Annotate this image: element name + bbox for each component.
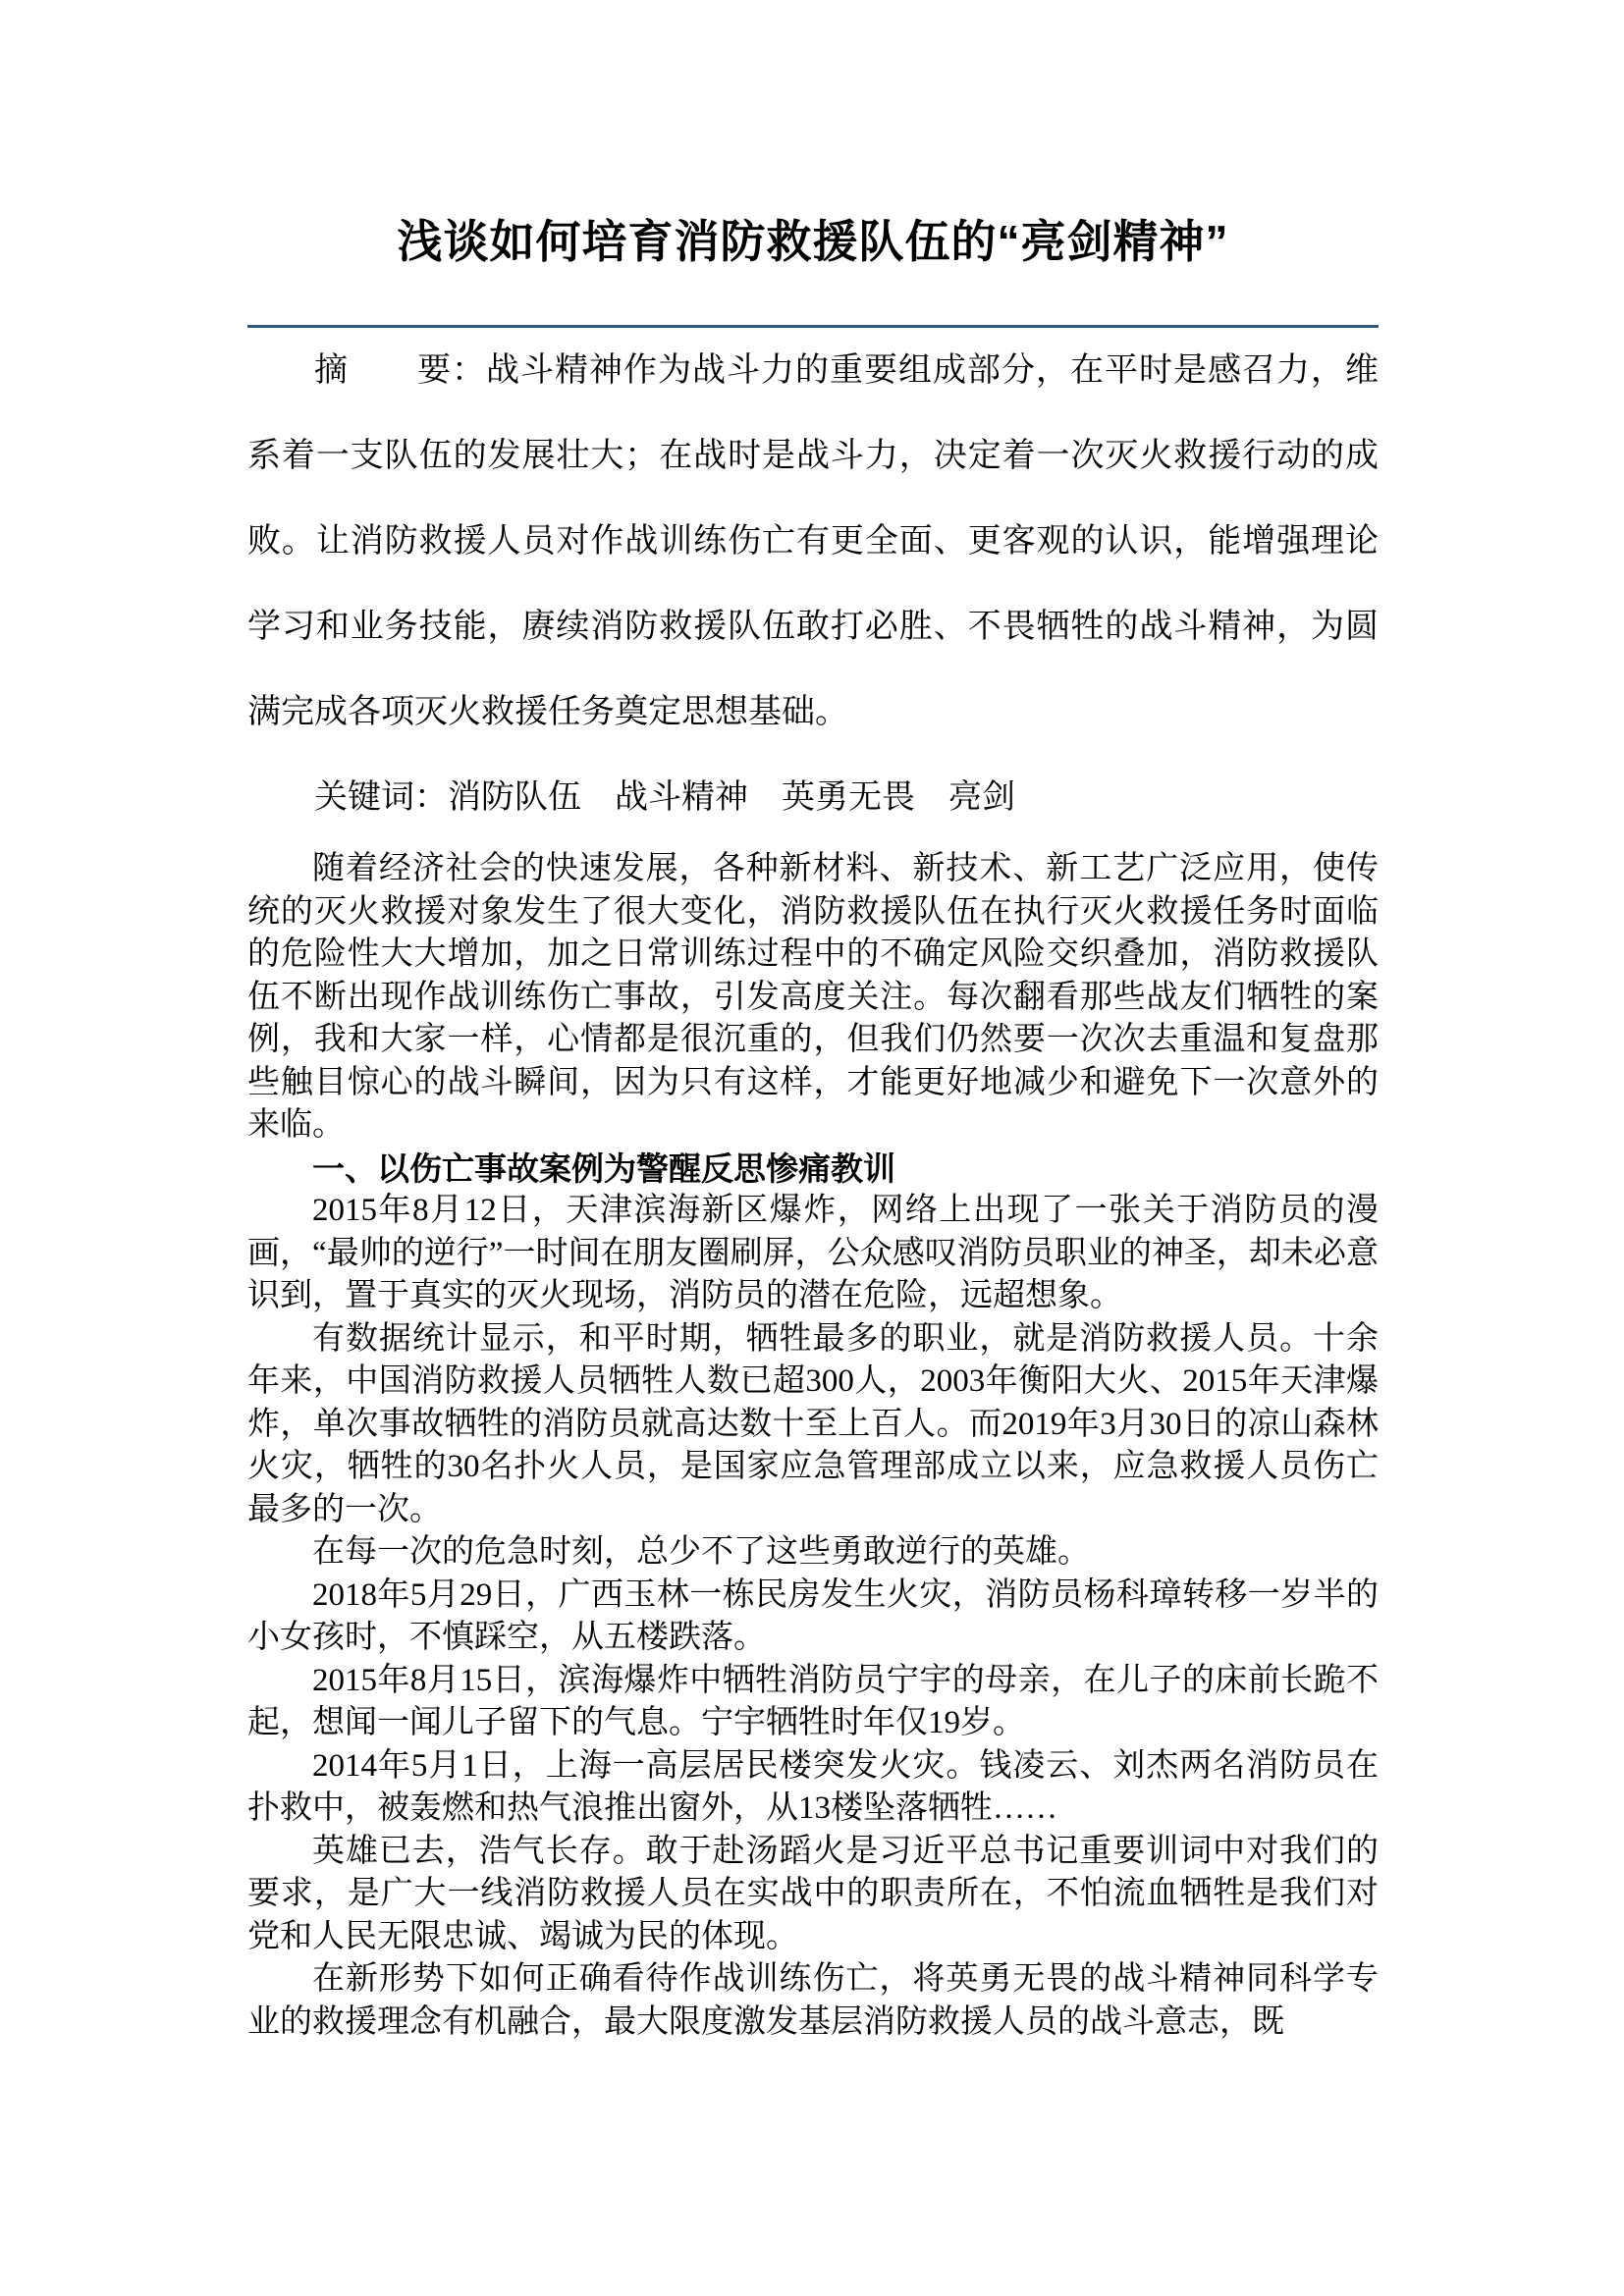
keywords-line: 关键词：消防队伍 战斗精神 英勇无畏 亮剑 [247,755,1379,840]
page-title: 浅谈如何培育消防救援队伍的“亮剑精神” [247,201,1379,282]
paragraph: 英雄已去，浩气长存。敢于赴汤蹈火是习近平总书记重要训词中对我们的要求，是广大一线… [247,1831,1379,1959]
paragraph: 在新形势下如何正确看待作战训练伤亡，将英勇无畏的战斗精神同科学专业的救援理念有机… [247,1958,1379,2044]
abstract-paragraph: 摘 要：战斗精神作为战斗力的重要组成部分，在平时是感召力，维系着一支队伍的发展壮… [247,328,1379,755]
paragraph: 在每一次的危急时刻，总少不了这些勇敢逆行的英雄。 [247,1531,1379,1575]
paragraph: 有数据统计显示，和平时期，牺牲最多的职业，就是消防救援人员。十余年来，中国消防救… [247,1318,1379,1532]
paragraph: 2015年8月12日，天津滨海新区爆炸，网络上出现了一张关于消防员的漫画，“最帅… [247,1190,1379,1318]
abstract-text: 战斗精神作为战斗力的重要组成部分，在平时是感召力，维系着一支队伍的发展壮大；在战… [247,351,1379,730]
abstract-section: 摘 要：战斗精神作为战斗力的重要组成部分，在平时是感召力，维系着一支队伍的发展壮… [247,328,1379,840]
section-heading: 一、以伤亡事故案例为警醒反思惨痛教训 [247,1148,1379,1191]
keywords-text: 消防队伍 战斗精神 英勇无畏 亮剑 [448,778,1015,816]
paragraph: 2015年8月15日，滨海爆炸中牺牲消防员宁宇的母亲，在儿子的床前长跪不起，想闻… [247,1660,1379,1745]
paragraph: 2018年5月29日，广西玉林一栋民房发生火灾，消防员杨科璋转移一岁半的小女孩时… [247,1575,1379,1660]
paragraph: 2014年5月1日，上海一高层居民楼突发火灾。钱凌云、刘杰两名消防员在扑救中，被… [247,1745,1379,1831]
body-section: 随着经济社会的快速发展，各种新材料、新技术、新工艺广泛应用，使传统的灭火救援对象… [247,848,1379,2044]
paragraph: 随着经济社会的快速发展，各种新材料、新技术、新工艺广泛应用，使传统的灭火救援对象… [247,848,1379,1148]
abstract-label: 摘 要： [314,351,486,389]
keywords-label: 关键词： [314,778,448,816]
document-page: 浅谈如何培育消防救援队伍的“亮剑精神” 摘 要：战斗精神作为战斗力的重要组成部分… [0,0,1624,2296]
